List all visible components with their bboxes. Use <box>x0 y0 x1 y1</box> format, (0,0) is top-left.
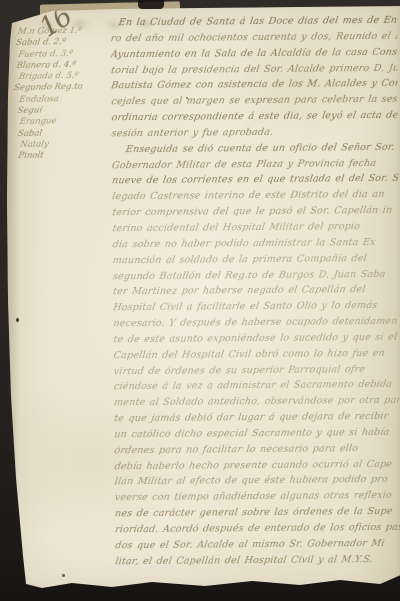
manuscript-line: Enseguida se dió cuenta de un oficio del… <box>111 139 399 157</box>
attendee-name: Pinolt <box>17 149 115 162</box>
manuscript-line: litar, el del Capellán del Hospital Civi… <box>114 551 400 569</box>
manuscript-line: órdenes para no facilitar lo necesario p… <box>113 441 400 459</box>
page-gap-notch <box>138 0 164 9</box>
attendee-margin-list: M.n Gómez 1.º Sabal d. 2.º Fuerta d. 3.º… <box>16 25 115 163</box>
photograph-background: { "document": { "folio_mark": "16", "mar… <box>0 0 400 601</box>
manuscript-line: Ayuntamiento en la Sala de la Alcaldía d… <box>110 44 398 62</box>
manuscript-line: Capellán del Hospital Civil obró como lo… <box>112 345 400 363</box>
session-act-text: En la Ciudad de Santa á las Doce dias de… <box>111 13 400 570</box>
manuscript-line: maunción al soldado de la primera Compañ… <box>112 250 400 268</box>
manuscript-page: 16 M.n Gómez 1.º Sabal d. 2.º Fuerta d. … <box>0 0 400 601</box>
ink-speck <box>16 318 19 322</box>
ink-speck <box>62 574 65 577</box>
ink-speck <box>186 97 188 99</box>
